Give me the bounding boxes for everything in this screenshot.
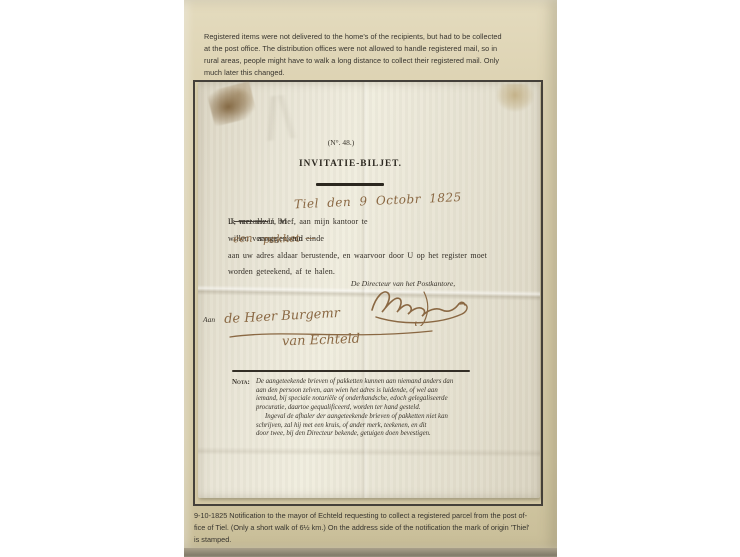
nota-label: Nota: <box>232 378 250 387</box>
nota-block: Nota: De aangeteekende brieven of pakket… <box>232 378 482 439</box>
form-number: (N°. 48.) <box>296 138 386 147</box>
body-line-2: willen vervoegen, ten eindeeenaangeteeke… <box>228 234 528 246</box>
body-line-3: aan uw adres aldaar berustende, en waarv… <box>228 251 528 260</box>
album-page-bottom-shadow <box>184 548 557 557</box>
fold-crease-horizontal-2 <box>198 447 540 457</box>
addressee-label: Aan <box>203 315 215 324</box>
handwritten-word-pakket: pakket — <box>262 232 315 246</box>
title-rule <box>316 183 384 186</box>
body-line-1-after: U, met dezen brief, aan mijn kantoor te <box>228 217 368 226</box>
ink-bleed-through <box>230 92 320 145</box>
nota-divider-rule <box>232 370 470 372</box>
caption-text: 9-10-1825 Notification to the mayor of E… <box>194 510 550 545</box>
nota-line: Ingeval de afhaler der aangeteekende bri… <box>256 413 482 422</box>
nota-line: aan den persoon zelven, aan wien het adr… <box>256 387 482 396</box>
handwritten-date: Tiel den 9 Octobr 1825 <box>294 189 494 212</box>
handwritten-word-een: een <box>233 233 253 246</box>
nota-line: door twee, bij den Directeur bekende, ge… <box>256 430 482 439</box>
addressee-handwritten-line2: van Echteld <box>282 332 361 350</box>
nota-line: procuratie, daartoe gequalificeerd, word… <box>256 404 482 413</box>
nota-line: iemand, bij speciale notariële of onderh… <box>256 395 482 404</box>
nota-line: schrijven, zal hij met een kruis, of and… <box>256 422 482 431</box>
body-line-4: worden geteekend, af te halen. <box>228 267 528 276</box>
nota-line: De aangeteekende brieven of pakketten ku… <box>256 378 482 387</box>
letter-document: (N°. 48.) INVITATIE-BILJET. Tiel den 9 O… <box>198 82 540 498</box>
stain-top-right <box>496 84 534 112</box>
document-title: INVITATIE-BILJET. <box>253 159 448 169</box>
intro-text: Registered items were not delivered to t… <box>204 31 542 79</box>
photo-canvas: Registered items were not delivered to t… <box>0 0 740 557</box>
